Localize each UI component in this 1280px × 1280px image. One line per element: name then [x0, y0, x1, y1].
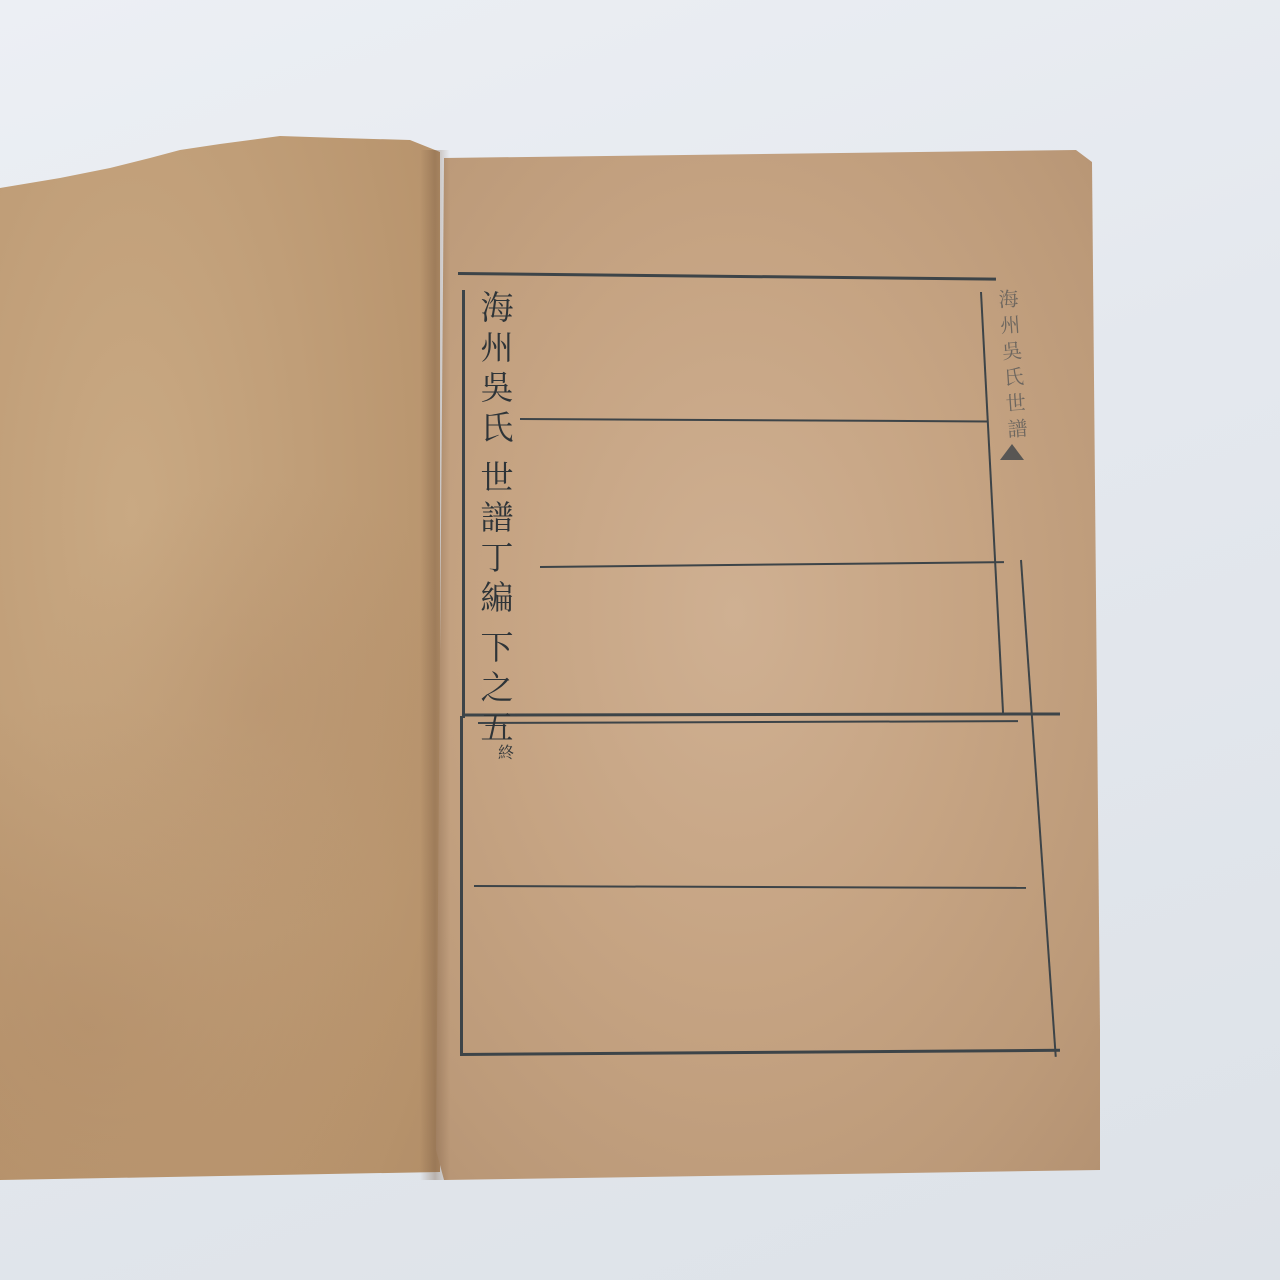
edge-char: 氏 — [1003, 363, 1025, 390]
title-char: 氏 — [481, 408, 514, 448]
title-char: 下 — [481, 628, 514, 668]
title-char: 海 — [481, 288, 514, 328]
title-char: 譜 — [481, 498, 514, 538]
book-title-column: 海 州 吳 氏 世 譜 丁 編 下 之 五 終 — [478, 288, 516, 762]
title-char: 州 — [481, 328, 514, 368]
title-char: 丁 — [481, 538, 514, 578]
book-gutter — [420, 150, 450, 1180]
edge-char: 海 — [998, 285, 1020, 312]
end-mark: 終 — [498, 744, 514, 762]
frame-lower-left-rule — [460, 716, 463, 1056]
fishtail-mark-icon — [1000, 444, 1024, 460]
left-page — [0, 0, 440, 1280]
title-char: 吳 — [481, 368, 514, 408]
title-char: 之 — [481, 668, 514, 708]
photo-scene: 海 州 吳 氏 世 譜 丁 編 下 之 五 終 海 州 吳 氏 世 譜 — [0, 0, 1280, 1280]
edge-char: 譜 — [1007, 415, 1029, 442]
edge-char: 吳 — [1001, 337, 1023, 364]
title-char: 世 — [481, 458, 514, 498]
title-char: 編 — [481, 578, 514, 618]
edge-char: 世 — [1005, 389, 1027, 416]
title-char: 五 — [481, 708, 514, 748]
frame-left-rule — [462, 290, 465, 718]
edge-char: 州 — [999, 311, 1021, 338]
